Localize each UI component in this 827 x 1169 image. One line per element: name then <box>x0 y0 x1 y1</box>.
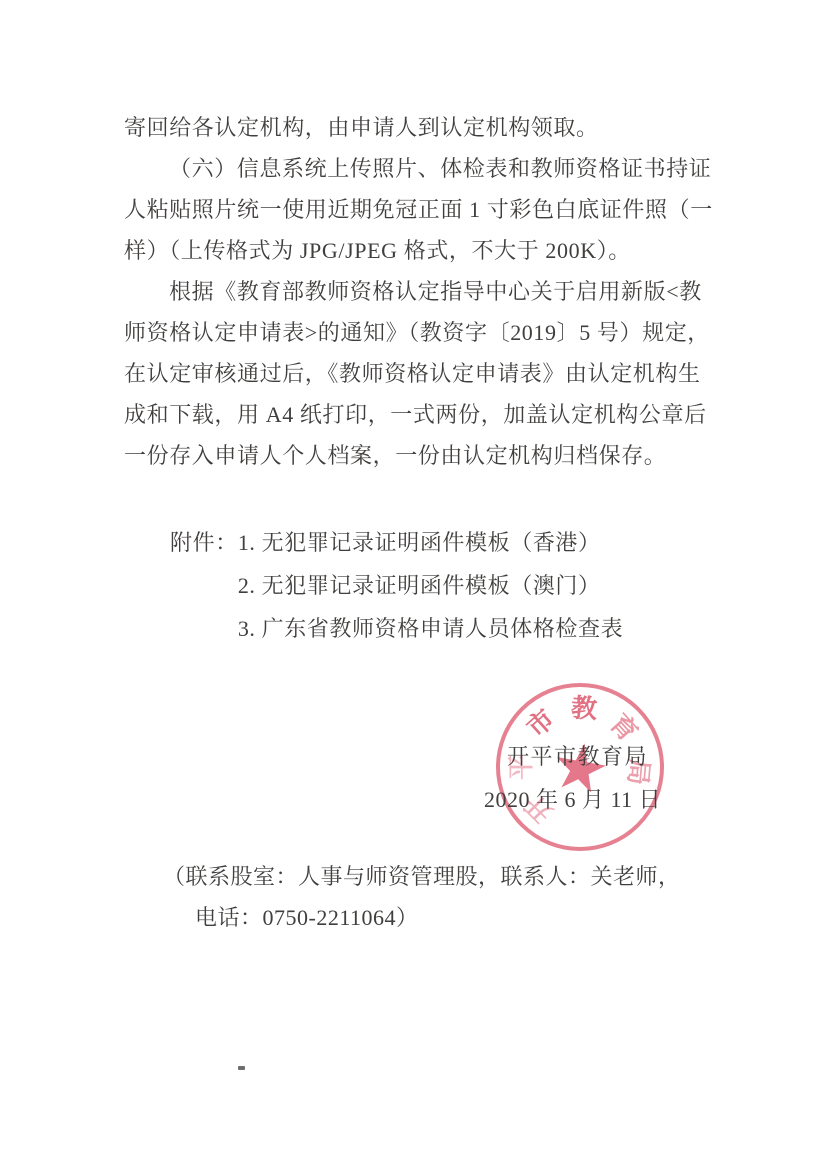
document-page: 寄回给各认定机构，由申请人到认定机构领取。 （六）信息系统上传照片、体检表和教师… <box>0 0 827 1169</box>
attachments-label: 附件： <box>170 521 238 650</box>
body-line: 人粘贴照片统一使用近期免冠正面 1 寸彩色白底证件照（一 <box>124 189 710 230</box>
contact-note: （联系股室：人事与师资管理股，联系人：关老师， 电话：0750-2211064） <box>163 856 681 938</box>
signature-date: 2020 年 6 月 11 日 <box>484 783 661 814</box>
attachments-list: 1. 无犯罪记录证明函件模板（香港） 2. 无犯罪记录证明函件模板（澳门） 3.… <box>238 521 623 650</box>
attachment-item: 1. 无犯罪记录证明函件模板（香港） <box>238 521 623 564</box>
contact-line: （联系股室：人事与师资管理股，联系人：关老师， <box>163 856 681 897</box>
attachments-block: 附件： 1. 无犯罪记录证明函件模板（香港） 2. 无犯罪记录证明函件模板（澳门… <box>170 521 623 650</box>
body-line: 成和下载，用 A4 纸打印，一式两份，加盖认定机构公章后 <box>124 394 710 435</box>
body-paragraphs: 寄回给各认定机构，由申请人到认定机构领取。 （六）信息系统上传照片、体检表和教师… <box>124 107 710 476</box>
body-line: 样）（上传格式为 JPG/JPEG 格式，不大于 200K）。 <box>124 230 710 271</box>
body-line: （六）信息系统上传照片、体检表和教师资格证书持证 <box>124 148 710 189</box>
attachment-item: 2. 无犯罪记录证明函件模板（澳门） <box>238 564 623 607</box>
signature-org: 开平市教育局 <box>507 740 648 771</box>
body-line: 根据《教育部教师资格认定指导中心关于启用新版<教 <box>124 271 710 312</box>
scan-speck <box>238 1066 245 1070</box>
body-line: 一份存入申请人个人档案，一份由认定机构归档保存。 <box>124 435 710 476</box>
attachment-item: 3. 广东省教师资格申请人员体格检查表 <box>238 607 623 650</box>
body-line: 在认定审核通过后，《教师资格认定申请表》由认定机构生 <box>124 353 710 394</box>
seal-char: 教 <box>568 693 600 725</box>
contact-line: 电话：0750-2211064） <box>163 897 681 938</box>
body-line: 寄回给各认定机构，由申请人到认定机构领取。 <box>124 107 710 148</box>
body-line: 师资格认定申请表>的通知》（教资字〔2019〕5 号）规定， <box>124 312 710 353</box>
